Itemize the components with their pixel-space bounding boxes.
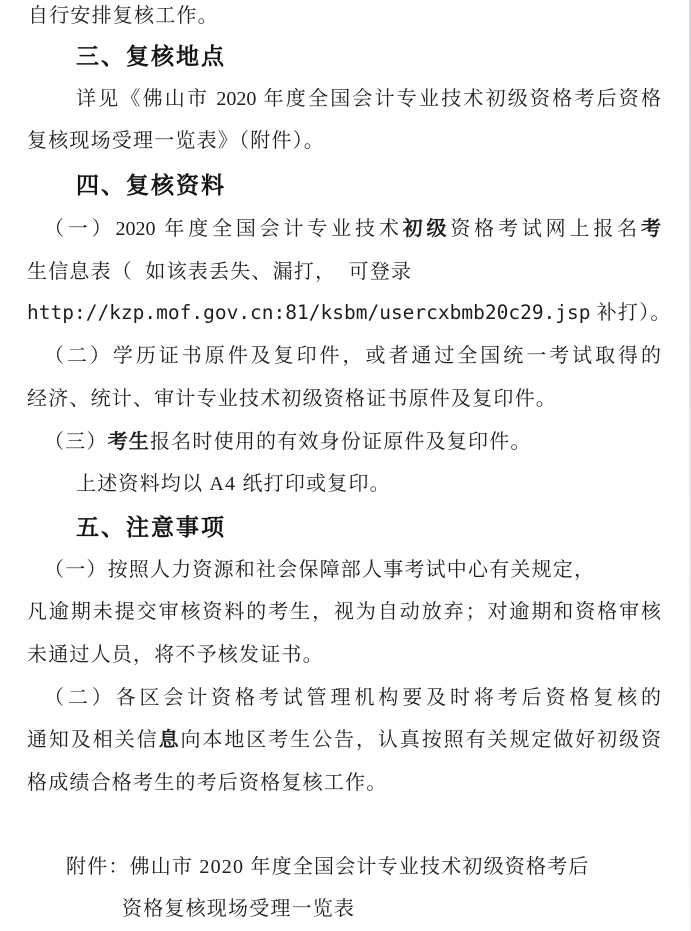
paragraph-line: （一）按照人力资源和社会保障部人事考试中心有关规定， (44, 556, 595, 584)
paragraph-line: （二）各区会计资格考试管理机构要及时将考后资格复核的 (44, 684, 661, 712)
paragraph-line: 经济、统计、审计专业技术初级资格证书原件及复印件。 (27, 385, 557, 413)
section-heading-3: 三、复核地点 (76, 42, 226, 70)
paragraph-line: 自行安排复核工作。 (28, 2, 219, 30)
url-text: http://kzp.mof.gov.cn:81/ksbm/usercxbmb2… (27, 301, 591, 324)
url-line: http://kzp.mof.gov.cn:81/ksbm/usercxbmb2… (27, 299, 672, 327)
paragraph-line: （二）学历证书原件及复印件，或者通过全国统一考试取得的 (44, 342, 661, 370)
document-page: 自行安排复核工作。三、复核地点详见《佛山市 2020 年度全国会计专业技术初级资… (0, 0, 691, 931)
paragraph-line: （一）2020 年度全国会计专业技术初级资格考试网上报名考 (44, 215, 661, 243)
attachment-line: 附件：佛山市 2020 年度全国会计专业技术初级资格考后 (66, 853, 590, 881)
paragraph-line: 上述资料均以 A4 纸打印或复印。 (76, 470, 391, 498)
paragraph-line: 通知及相关信息向本地区考生公告，认真按照有关规定做好初级资 (27, 726, 661, 754)
paragraph-line: （三）考生报名时使用的有效身份证原件及复印件。 (44, 428, 532, 456)
section-heading-4: 四、复核资料 (76, 171, 226, 199)
section-heading-5: 五、注意事项 (76, 513, 226, 541)
paragraph-line: 未通过人员，将不予核发证书。 (27, 641, 324, 669)
paragraph-line: 复核现场受理一览表》（附件）。 (27, 127, 325, 155)
paragraph-line: 详见《佛山市 2020 年度全国会计专业技术初级资格考后资格 (76, 85, 661, 113)
paragraph-line: 凡逾期未提交审核资料的考生，视为自动放弃；对逾期和资格审核 (27, 598, 661, 626)
paragraph-line: 格成绩合格考生的考后资格复核工作。 (27, 769, 387, 797)
paragraph-line: 生信息表（ 如该表丢失、漏打， 可登录 (27, 258, 412, 286)
attachment-line: 资格复核现场受理一览表 (122, 895, 355, 923)
